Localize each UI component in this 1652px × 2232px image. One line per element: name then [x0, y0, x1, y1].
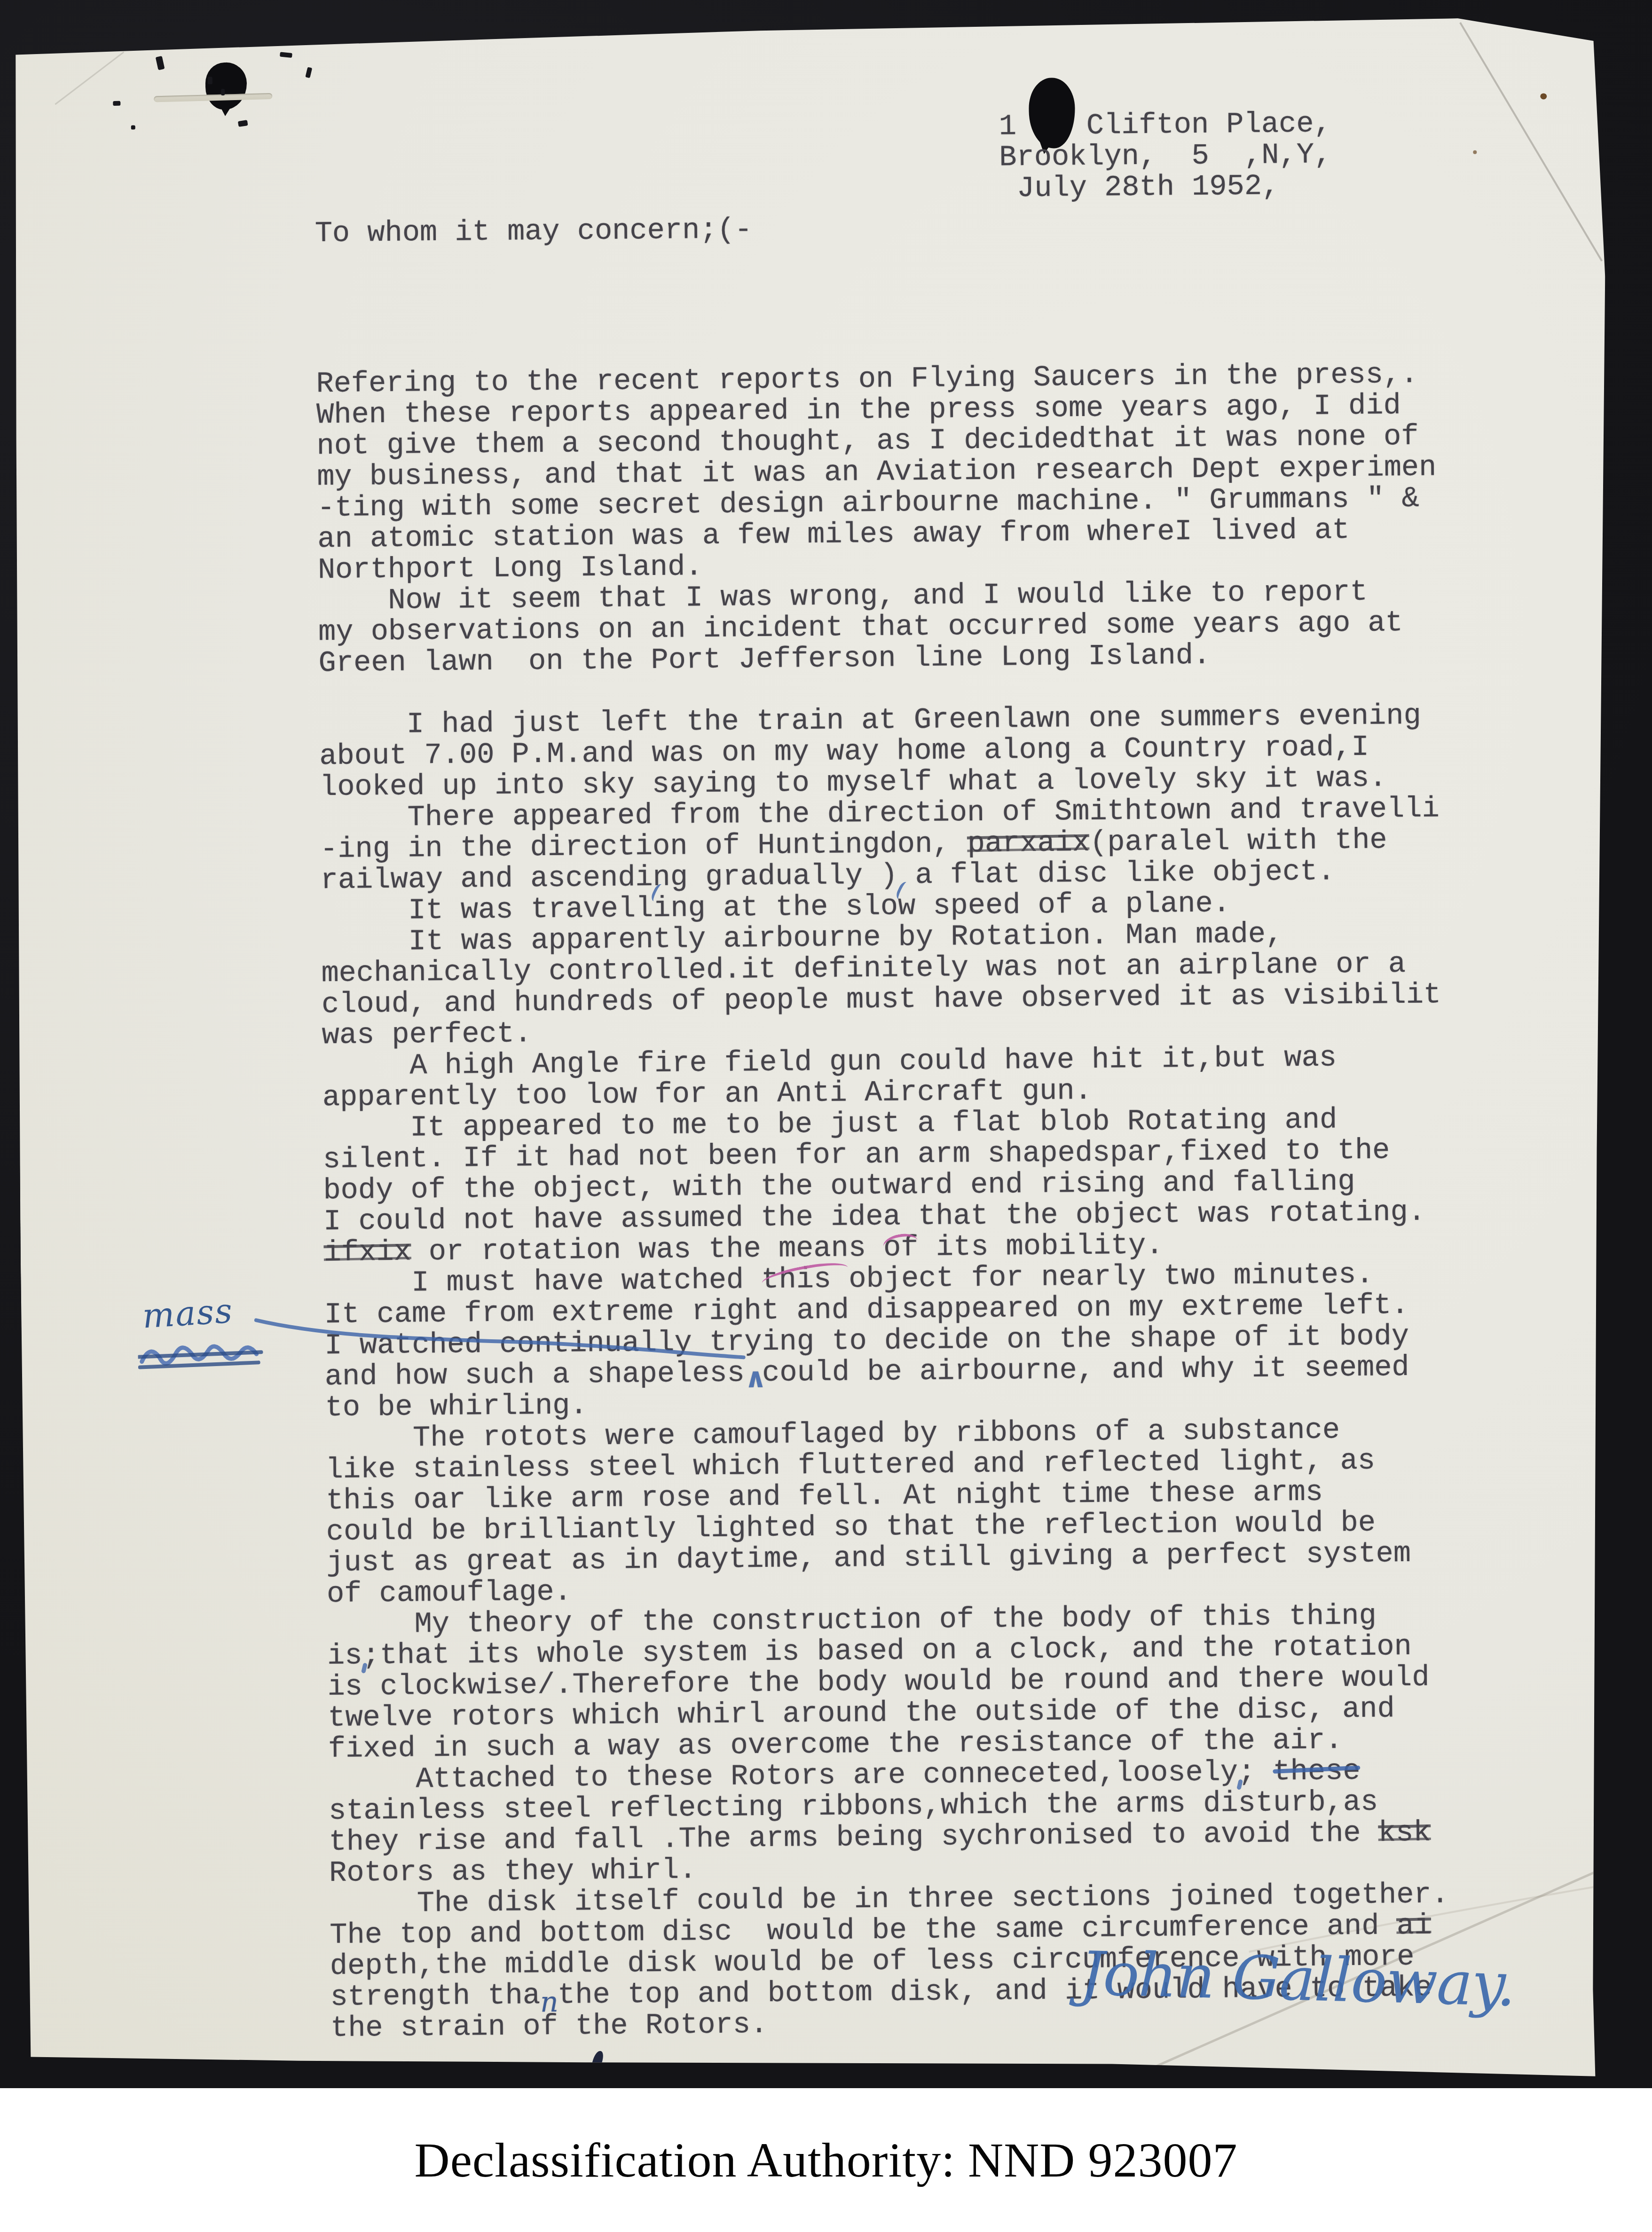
ink-speck [156, 56, 165, 70]
ink-speck [131, 126, 135, 130]
hole-punch-left [205, 62, 247, 110]
ink-speck [221, 89, 225, 95]
paper-stain-dot [1540, 93, 1547, 99]
signature-john-galloway: John Galloway. [1079, 1939, 1516, 2020]
address-block: 1 Clifton Place,Brooklyn, 5 ,N,Y, July 2… [999, 108, 1332, 204]
margin-note-handwritten: mass [141, 1291, 234, 1336]
ink-speck [280, 52, 292, 58]
struck-margin-scribble [138, 1336, 279, 1380]
ink-speck [113, 101, 120, 106]
letter-body: Refering to the recent reports on Flying… [316, 359, 1450, 2044]
document-page: 1 Clifton Place,Brooklyn, 5 ,N,Y, July 2… [10, 12, 1622, 2094]
typed-line: July 28th 1952, [999, 170, 1332, 204]
typed-line: 1 Clifton Place, [999, 108, 1331, 142]
typed-line: Brooklyn, 5 ,N,Y, [999, 139, 1331, 173]
declassification-banner: Declassification Authority: NND 923007 [0, 2088, 1652, 2232]
paper-stain-dot [1473, 150, 1477, 154]
salutation-line: To whom it may concern;(- [315, 214, 752, 249]
ink-speck [305, 67, 312, 78]
ink-speck [238, 120, 248, 127]
declassification-text: Declassification Authority: NND 923007 [415, 2132, 1238, 2188]
ink-speck [208, 77, 212, 84]
